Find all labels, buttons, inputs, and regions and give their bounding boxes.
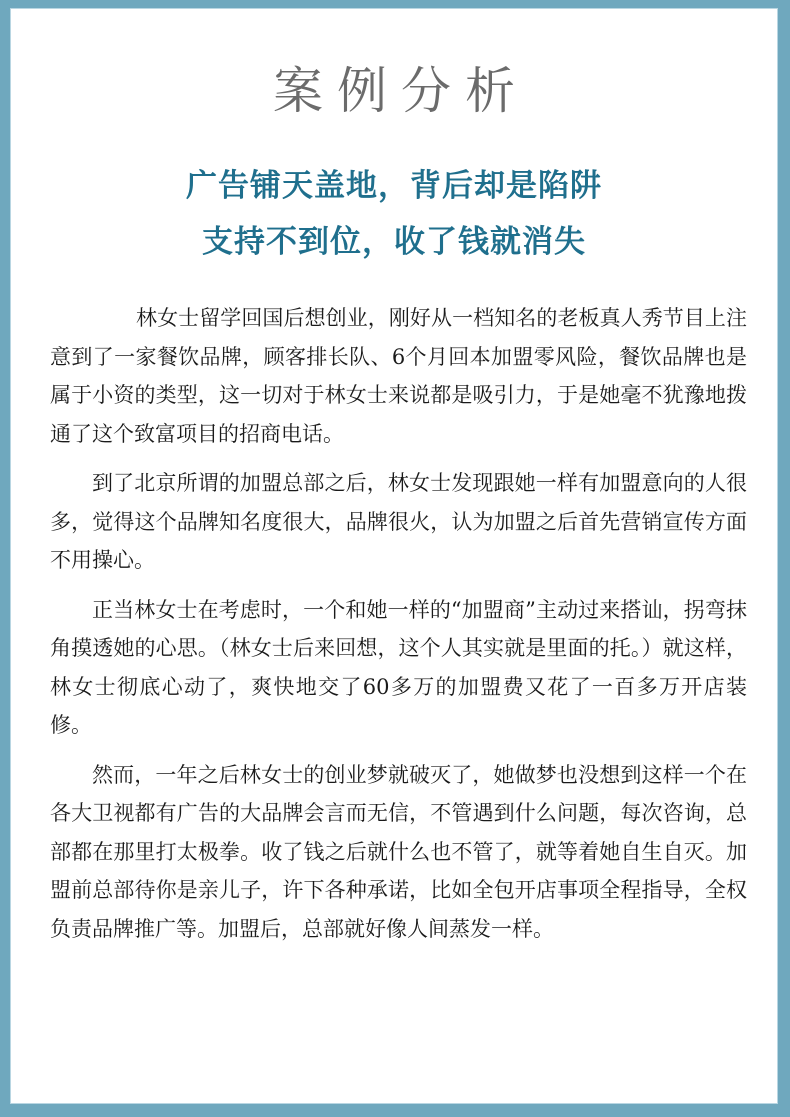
paragraph-2: 到了北京所谓的加盟总部之后，林女士发现跟她一样有加盟意向的人很多，觉得这个品牌知… — [50, 464, 747, 580]
page-title: 案例分析 — [11, 61, 777, 121]
paragraph-1: 林女士留学回国后想创业，刚好从一档知名的老板真人秀节目上注意到了一家餐饮品牌，顾… — [50, 299, 747, 453]
article-body: 林女士留学回国后想创业，刚好从一档知名的老板真人秀节目上注意到了一家餐饮品牌，顾… — [50, 299, 747, 959]
subtitle-line-1: 广告铺天盖地，背后却是陷阱 — [11, 166, 777, 206]
document-page: 案例分析 广告铺天盖地，背后却是陷阱 支持不到位，收了钱就消失 林女士留学回国后… — [11, 9, 777, 1103]
paragraph-4: 然而，一年之后林女士的创业梦就破灭了，她做梦也没想到这样一个在各大卫视都有广告的… — [50, 756, 747, 949]
paragraph-3: 正当林女士在考虑时，一个和她一样的“加盟商”主动过来搭讪，拐弯抹角摸透她的心思。… — [50, 591, 747, 745]
subtitle-line-2: 支持不到位，收了钱就消失 — [11, 222, 777, 262]
